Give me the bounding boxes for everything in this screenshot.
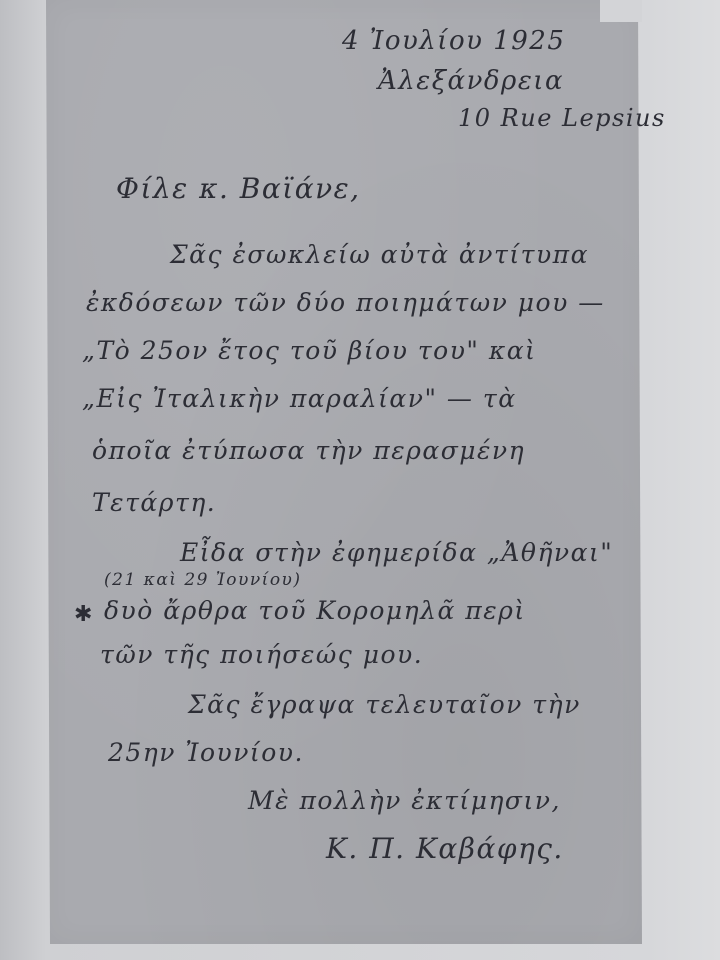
letter-body-line: „Εἰς Ἰταλικὴν παραλίαν" — τὰ [82,384,517,413]
letter-body-line: δυὸ ἄρθρα τοῦ Κορομηλᾶ περὶ [104,596,526,625]
letter-body-line: Σᾶς ἔγραψα τελευταῖον τὴν [188,690,581,719]
letter-body-line: ἐκδόσεων τῶν δύο ποιημάτων μου — [86,288,605,317]
letter-body-line: τῶν τῆς ποιήσεώς μου. [100,640,423,669]
letter-closing: Μὲ πολλὴν ἐκτίμησιν, [248,786,561,815]
page-margin-corner [600,0,642,22]
letter-body-line: ὁποῖα ἐτύπωσα τὴν περασμένη [92,436,525,465]
letter-city: Ἀλεξάνδρεια [378,66,564,96]
letter-body-line: Σᾶς ἐσωκλείω αὐτὰ ἀντίτυπα [170,240,589,269]
letter-body-line: 25ην Ἰουνίου. [108,738,304,767]
letter-body-line: Τετάρτη. [92,488,216,517]
letter-signature: Κ. Π. Καβάφης. [326,832,564,865]
interlinear-note: (21 καὶ 29 Ἰουνίου) [104,570,302,590]
letter-body-line: Εἶδα στὴν ἐφημερίδα „Ἀθῆναι" [180,538,613,567]
margin-asterisk-mark: ✱ [74,602,92,627]
letter-salutation: Φίλε κ. Βαϊάνε, [116,172,361,205]
letter-date: 4 Ἰουλίου 1925 [342,26,565,56]
book-page-gutter [0,0,46,960]
letter-address: 10 Rue Lepsius [458,104,666,132]
letter-body-line: „Τὸ 25ον ἔτος τοῦ βίου του" καὶ [82,336,536,365]
